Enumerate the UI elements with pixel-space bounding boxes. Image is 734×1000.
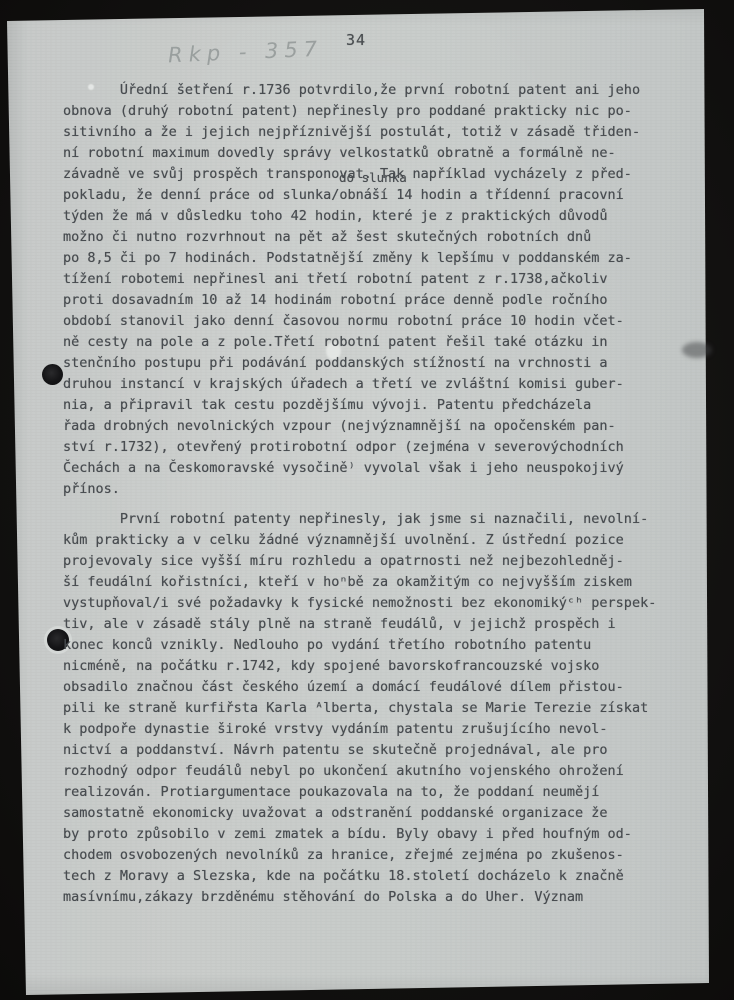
text-line: První robotní patenty nepřinesly, jak js… bbox=[63, 509, 648, 530]
text-line: k podpoře dynastie široké vrstvy vydáním… bbox=[63, 719, 608, 740]
ink-smudge bbox=[682, 342, 712, 358]
text-line: sitivního a že i jejich nejpříznivější p… bbox=[63, 122, 640, 143]
text-line: realizován. Protiargumentace poukazovala… bbox=[63, 782, 599, 803]
text-line: konec konců vznikly. Nedlouho po vydání … bbox=[63, 635, 591, 656]
text-line: ství r.1732), otevřený protirobotní odpo… bbox=[63, 437, 624, 458]
text-line: závadně ve svůj prospěch transponovat. T… bbox=[63, 164, 632, 185]
text-line: obnova (druhý robotní patent) nepřinesly… bbox=[63, 101, 632, 122]
text-line: vystupňoval/i své požadavky k fysické ne… bbox=[63, 593, 656, 614]
text-line: ší feudální kořistníci, kteří v hoⁿbě za… bbox=[63, 572, 632, 593]
text-line: týden že má v důsledku toho 42 hodin, kt… bbox=[63, 206, 608, 227]
text-line: Úřední šetření r.1736 potvrdilo,že první… bbox=[63, 80, 640, 101]
text-line: proti dosavadním 10 až 14 hodinám robotn… bbox=[63, 290, 608, 311]
text-line: samostatně ekonomicky uvažovat a odstran… bbox=[63, 803, 608, 824]
text-line: stenčního postupu při podávání poddanský… bbox=[63, 353, 608, 374]
text-line: obsadilo značnou část českého území a do… bbox=[63, 677, 624, 698]
text-line: by proto způsobilo v zemi zmatek a bídu.… bbox=[63, 824, 632, 845]
text-line: pokladu, že denní práce od slunka/obnáší… bbox=[63, 185, 624, 206]
page-number: 34 bbox=[346, 31, 366, 49]
text-line: přínos. bbox=[63, 479, 120, 500]
text-line: kům prakticky a v celku žádné významnějš… bbox=[63, 530, 624, 551]
text-line: možno či nutno rozvrhnout na pět až šest… bbox=[63, 227, 591, 248]
scan-canvas: 34 Rkp - 357 do slunka Úřední šetření r.… bbox=[0, 0, 734, 1000]
text-line: nictví a poddanství. Návrh patentu se sk… bbox=[63, 740, 608, 761]
text-line: tížení robotemi nepřinesl ani třetí robo… bbox=[63, 269, 608, 290]
text-line: nicméně, na počátku r.1742, kdy spojené … bbox=[63, 656, 599, 677]
text-line: rozhodný odpor feudálů nebyl po ukončení… bbox=[63, 761, 624, 782]
text-line: období stanovil jako denní časovou normu… bbox=[63, 311, 624, 332]
text-line: tiv, ale v zásadě stály plně na straně f… bbox=[63, 614, 616, 635]
text-line: druhou instancí v krajských úřadech a tř… bbox=[63, 374, 624, 395]
text-line: po 8,5 či po 7 hodinách. Podstatnější zm… bbox=[63, 248, 632, 269]
text-line: řada drobných nevolnických vzpour (nejvý… bbox=[63, 416, 616, 437]
hole-punch bbox=[42, 364, 63, 385]
text-line: pili ke straně kurfiřsta Karla ᴬlberta, … bbox=[63, 698, 648, 719]
text-line: masívnímu,zákazy brzděnému stěhování do … bbox=[63, 887, 583, 908]
text-line: Čechách a na Českomoravské vysočině⁾ vyv… bbox=[63, 458, 624, 479]
text-line: tech z Moravy a Slezska, kde na počátku … bbox=[63, 866, 624, 887]
text-line: nia, a připravil tak cestu pozdějšímu vý… bbox=[63, 395, 591, 416]
text-line: chodem osvobozených nevolníků za hranice… bbox=[63, 845, 624, 866]
text-line: projevovaly sice vyšší míru rozhledu a o… bbox=[63, 551, 624, 572]
text-line: ně cesty na pole a z pole.Třetí robotní … bbox=[63, 332, 608, 353]
text-line: ní robotní maximum dovedly správy velkos… bbox=[63, 143, 616, 164]
